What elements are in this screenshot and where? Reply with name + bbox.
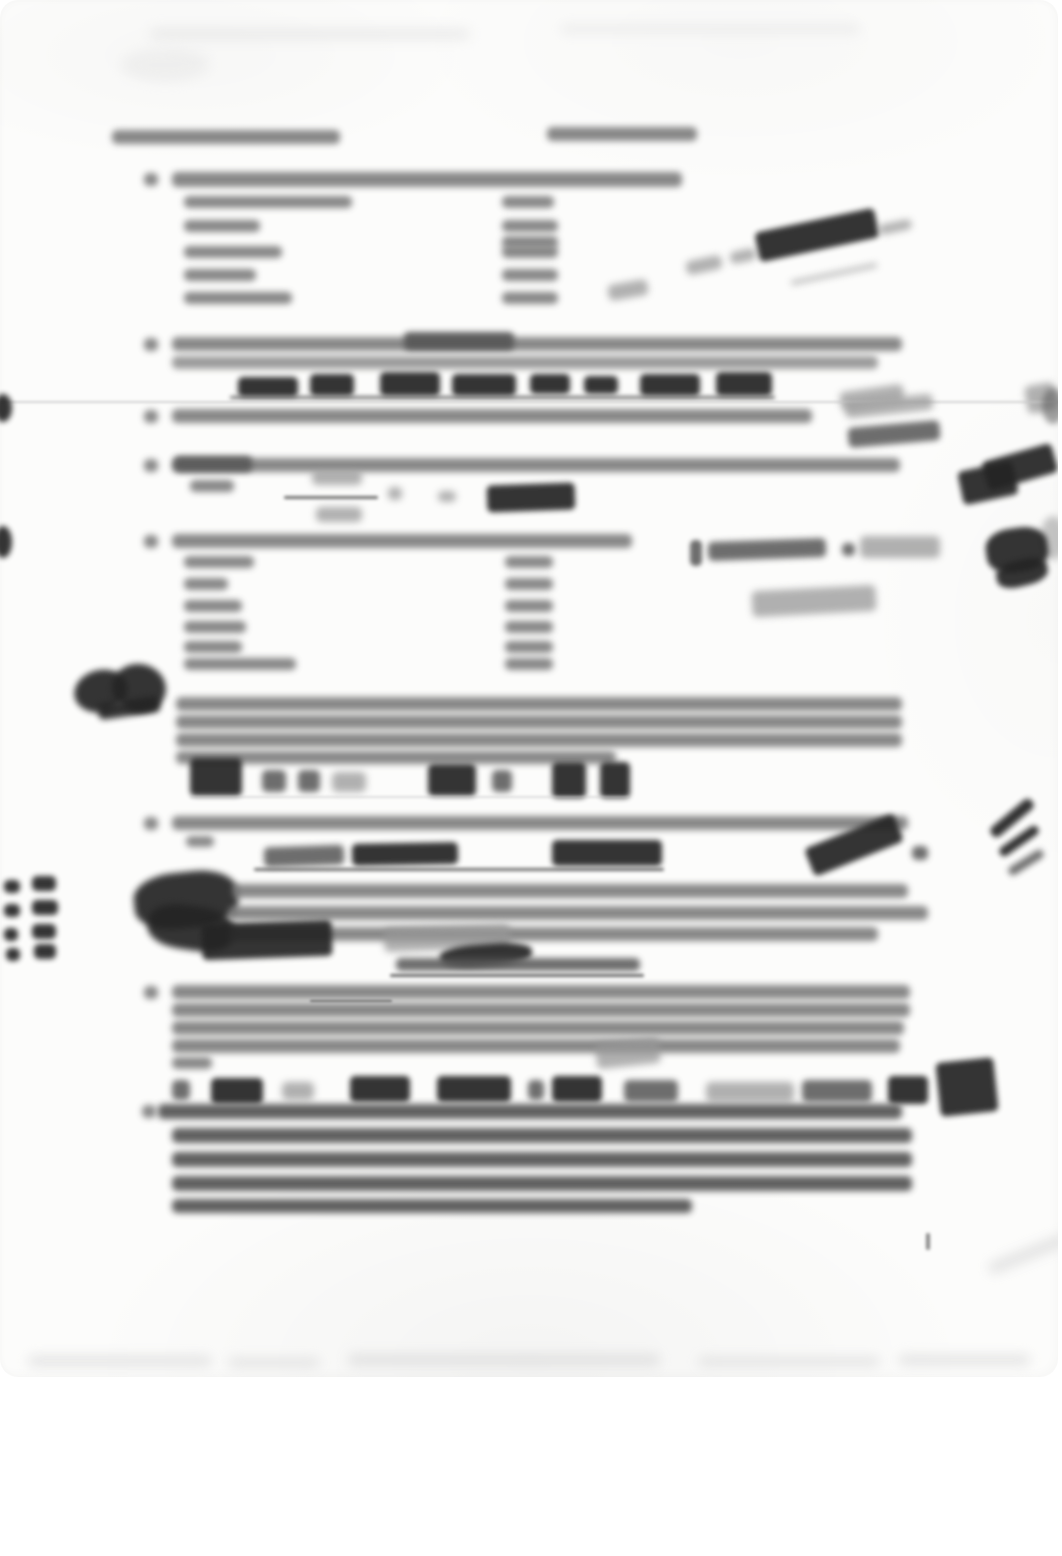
q5-table-row6-value xyxy=(505,658,553,670)
scan-top-smudge-2 xyxy=(560,24,860,34)
q2-line2 xyxy=(172,356,878,369)
q7-number xyxy=(144,986,158,999)
q4-handwriting-note xyxy=(316,507,362,522)
q2-line1-bold-overlay xyxy=(404,332,514,350)
q4-line1-bold-overlay xyxy=(174,456,252,472)
q5-table-row3-value xyxy=(505,600,553,612)
dense-print-line2 xyxy=(228,906,928,920)
q4-right-scribble xyxy=(981,443,1058,492)
q5-table-row5-label xyxy=(184,641,242,653)
q1-table-row1-value xyxy=(502,196,554,208)
q2-handwriting-1 xyxy=(238,377,298,397)
q1-handwriting-amount xyxy=(754,208,880,263)
q1-table-row3-label xyxy=(184,246,282,258)
q7-right-scribble xyxy=(935,1057,998,1117)
q3-number xyxy=(144,410,158,423)
scanned-page xyxy=(0,0,1058,1377)
q1-handwriting-mark-b xyxy=(685,254,723,275)
header-course-title xyxy=(112,130,340,144)
q6-number xyxy=(144,817,158,830)
q7-equation-open xyxy=(172,1080,190,1100)
q2-handwriting-2 xyxy=(310,374,354,396)
q7-equation-term2 xyxy=(350,1076,410,1102)
q4-handwriting-answer xyxy=(487,482,576,512)
q7-line1 xyxy=(172,985,910,999)
q1-table-row2-value xyxy=(502,220,558,232)
underlined-answer-rule xyxy=(390,974,644,977)
q7-handwriting-light xyxy=(595,1037,661,1070)
header-student-name xyxy=(547,127,697,141)
q1-table-row6-label xyxy=(184,292,292,304)
paragraph-answer-mark-3 xyxy=(298,770,320,792)
margin-mark-1 xyxy=(4,880,20,893)
paragraph-answer-mark-7 xyxy=(552,762,586,798)
margin-mark-6 xyxy=(32,924,56,939)
q7-equation-mid3 xyxy=(802,1080,872,1102)
q6-edge-stroke-3 xyxy=(1007,848,1046,877)
scan-top-smudge-3 xyxy=(120,48,210,82)
q7-line3 xyxy=(172,1021,904,1035)
left-edge-notch-1 xyxy=(0,394,12,422)
margin-mark-7 xyxy=(6,948,20,961)
q3-line xyxy=(172,409,812,423)
intro-paragraph-line3 xyxy=(176,733,902,747)
q1-table-row5-label xyxy=(184,269,256,281)
q7-equation-term5 xyxy=(888,1076,928,1104)
q7-equation-term4 xyxy=(552,1076,602,1102)
q1-question-line xyxy=(172,172,682,187)
scan-top-smudge-1 xyxy=(150,28,470,40)
q7-equation-light2 xyxy=(706,1082,794,1102)
q4-handwriting-fraction-numerator xyxy=(312,470,362,485)
paragraph-answer-mark-8 xyxy=(600,762,630,798)
paragraph-answer-mark-5 xyxy=(428,764,476,796)
q1-number xyxy=(144,173,158,186)
margin-mark-2 xyxy=(32,876,56,891)
q7-line4 xyxy=(172,1039,900,1053)
q6-line2 xyxy=(186,836,214,847)
q7-line5 xyxy=(172,1057,212,1069)
page-number-mark xyxy=(926,1233,930,1250)
q1-table-row4-value xyxy=(502,246,558,258)
q7-equation-light1 xyxy=(282,1082,314,1100)
margin-mark-3 xyxy=(4,904,20,917)
underlined-answer-text xyxy=(396,958,640,971)
q5-table-row2-value xyxy=(505,578,553,590)
q1-handwriting-tail xyxy=(877,219,912,236)
paragraph-answer-underline xyxy=(190,796,630,798)
q7-equation-mid2 xyxy=(624,1080,678,1102)
q5-handwriting-plus xyxy=(842,543,855,556)
paragraph-answer-mark-1 xyxy=(190,758,242,796)
q1-table-row5-value xyxy=(502,269,558,281)
margin-mark-5 xyxy=(4,928,18,941)
screenshot-root xyxy=(0,0,1062,1556)
scan-bottom-band-4 xyxy=(698,1357,880,1366)
q4-number xyxy=(144,459,158,472)
q7-equation-term3 xyxy=(437,1076,511,1102)
q4-handwriting-fraction-bar xyxy=(284,496,378,499)
q1-table-row6-value xyxy=(502,292,558,304)
q8-number xyxy=(142,1105,156,1118)
q5-number xyxy=(144,535,158,548)
q7-equation-term1 xyxy=(211,1078,263,1104)
q1-handwriting-underline xyxy=(791,263,878,285)
scan-bottom-band-3 xyxy=(348,1354,660,1366)
q8-line4 xyxy=(172,1176,912,1191)
q5-table-row6-label xyxy=(184,658,296,670)
intro-paragraph-line1 xyxy=(176,697,902,711)
q5-table-row3-label xyxy=(184,600,242,612)
q2-handwriting-underline xyxy=(230,396,775,399)
q5-table-row1-label xyxy=(184,556,254,568)
q2-handwriting-4 xyxy=(452,374,516,396)
q5-table-row1-value xyxy=(505,556,553,568)
q7-word-underline xyxy=(310,1000,392,1002)
q5-handwriting-box xyxy=(860,536,940,558)
scan-bottom-band-5 xyxy=(898,1355,1030,1365)
q6-handwriting-c xyxy=(552,840,662,866)
q6-handwriting-b xyxy=(352,842,458,866)
q4-handwriting-plus xyxy=(388,487,402,500)
q6-answer-underline xyxy=(254,868,664,871)
q1-handwriting-mark-a xyxy=(607,279,649,302)
q2-handwriting-3 xyxy=(380,372,440,396)
q4-line2 xyxy=(190,480,234,492)
corner-smudge xyxy=(987,1233,1058,1276)
q2-handwriting-5 xyxy=(530,374,570,394)
q5-table-row4-value xyxy=(505,621,553,633)
q8-line2 xyxy=(172,1128,912,1143)
q5-line xyxy=(172,534,632,548)
q2-handwriting-7 xyxy=(640,374,700,396)
q5-table-row5-value xyxy=(505,641,553,653)
q5-handwriting-below xyxy=(751,585,876,617)
dense-print-line1 xyxy=(232,884,908,898)
right-edge-notch-1 xyxy=(1042,388,1058,424)
q6-line1 xyxy=(172,816,908,830)
q7-equation-mid1 xyxy=(528,1080,544,1100)
scan-bottom-band-1 xyxy=(28,1356,212,1366)
paragraph-answer-mark-6 xyxy=(492,770,512,792)
intro-paragraph-line4 xyxy=(176,751,616,764)
q3-handwriting-b xyxy=(847,420,940,448)
left-edge-notch-2 xyxy=(0,526,12,558)
q8-line1 xyxy=(158,1104,902,1119)
q8-line3 xyxy=(172,1152,912,1167)
q7-line2 xyxy=(172,1003,910,1017)
q1-table-row1-label xyxy=(184,196,352,208)
margin-mark-4 xyxy=(32,900,58,915)
handwriting-bold-name xyxy=(201,920,332,961)
paragraph-answer-mark-2 xyxy=(262,770,286,792)
intro-paragraph-line2 xyxy=(176,715,902,729)
q2-handwriting-8 xyxy=(716,372,772,396)
q4-line1 xyxy=(172,458,900,472)
q1-table-row2-label xyxy=(184,220,260,232)
q6-handwriting-right-tick xyxy=(912,846,928,860)
q2-line1 xyxy=(172,337,902,351)
scan-bottom-band-2 xyxy=(228,1358,320,1367)
q5-handwriting-bracket xyxy=(690,540,702,566)
q4-handwriting-equals xyxy=(438,491,456,502)
q5-table-row4-label xyxy=(184,621,246,633)
q6-handwriting-a xyxy=(264,845,345,868)
q5-handwriting-words xyxy=(708,538,827,561)
q1-handwriting-mark-c xyxy=(729,247,757,264)
q5-table-row2-label xyxy=(184,578,228,590)
q8-line5 xyxy=(172,1199,692,1213)
q2-handwriting-6 xyxy=(584,376,618,394)
q2-number xyxy=(144,338,158,351)
margin-mark-8 xyxy=(34,944,56,959)
paragraph-answer-mark-4 xyxy=(332,772,366,792)
